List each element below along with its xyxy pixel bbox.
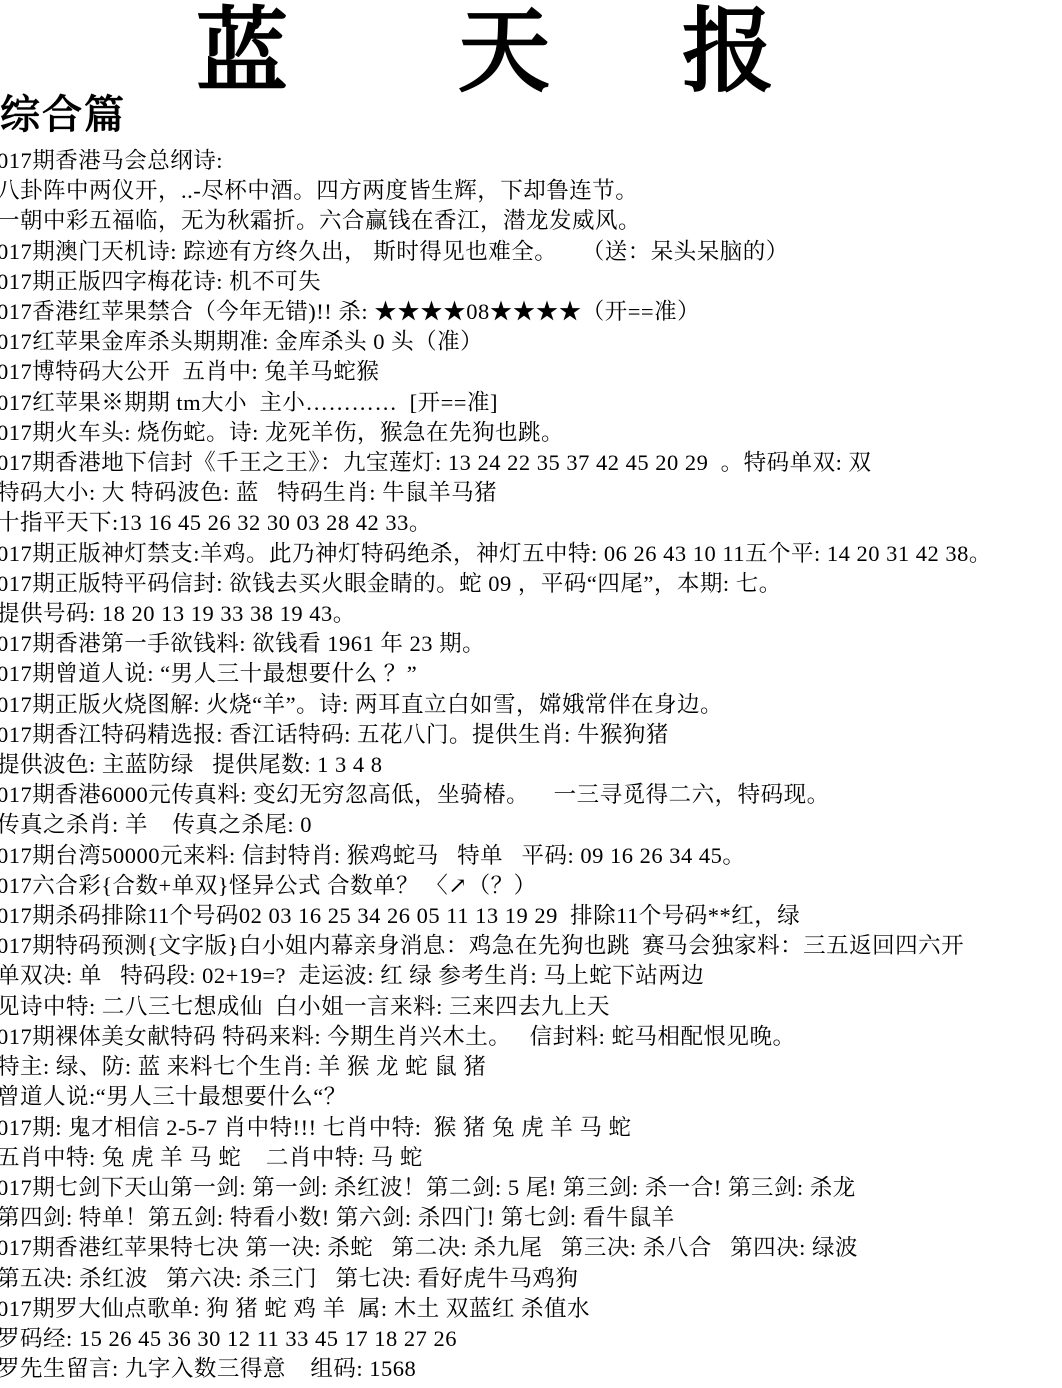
report-line: 017期: 鬼才相信 2-5-7 肖中特!!! 七肖中特: 猴 猪 兔 虎 羊 …	[0, 1113, 1062, 1143]
report-line: 017期香港第一手欲钱料: 欲钱看 1961 年 23 期。	[0, 629, 1062, 659]
report-line: 017期杀码排除11个号码02 03 16 25 34 26 05 11 13 …	[0, 901, 1062, 931]
report-line: 017博特码大公开 五肖中: 兔羊马蛇猴	[0, 357, 1062, 387]
report-line: 提供波色: 主蓝防绿 提供尾数: 1 3 4 8	[0, 750, 1062, 780]
report-line: 017红苹果金库杀头期期准: 金库杀头 0 头（准）	[0, 327, 1062, 357]
title-char-tian: 天	[458, 2, 550, 102]
report-line: 017期火车头: 烧伤蛇。诗: 龙死羊伤，猴急在先狗也跳。	[0, 418, 1062, 448]
report-line: 一朝中彩五福临，无为秋霜折。六合赢钱在香江，潜龙发威风。	[0, 206, 1062, 236]
report-line: 特码大小: 大 特码波色: 蓝 特码生肖: 牛鼠羊马猪	[0, 478, 1062, 508]
report-line: 017期台湾50000元来料: 信封特肖: 猴鸡蛇马 特单 平码: 09 16 …	[0, 841, 1062, 871]
report-line: 017期香港马会总纲诗:	[0, 146, 1062, 176]
report-line: 017期正版神灯禁支:羊鸡。此乃神灯特码绝杀，神灯五中特: 06 26 43 1…	[0, 539, 1062, 569]
report-line: 017期香港红苹果特七决 第一决: 杀蛇 第二决: 杀九尾 第三决: 杀八合 第…	[0, 1233, 1062, 1263]
report-line: 017期曾道人说: “男人三十最想要什么 ？”	[0, 659, 1062, 689]
report-line: 017红苹果※期期 tm大小 主小………… [开==准]	[0, 388, 1062, 418]
report-line: 017期正版特平码信封: 欲钱去买火眼金睛的。蛇 09 ，平码“四尾”，本期: …	[0, 569, 1062, 599]
report-line: 罗码经: 15 26 45 36 30 12 11 33 45 17 18 27…	[0, 1324, 1062, 1354]
report-line: 罗先生留言: 九字入数三得意 组码: 1568	[0, 1354, 1062, 1384]
section-header: 综合篇	[0, 92, 126, 138]
report-line: 提供号码: 18 20 13 19 33 38 19 43。	[0, 599, 1062, 629]
report-line: 曾道人说:“男人三十最想要什么“？	[0, 1082, 1062, 1112]
report-line: 见诗中特: 二八三七想成仙 白小姐一言来料: 三来四去九上天	[0, 992, 1062, 1022]
title-char-lan: 蓝	[196, 2, 288, 102]
report-line: 017期香港地下信封《千王之王》：九宝莲灯: 13 24 22 35 37 42…	[0, 448, 1062, 478]
report-line: 传真之杀肖: 羊 传真之杀尾: 0	[0, 810, 1062, 840]
report-line: 017期澳门天机诗: 踪迹有方终久出， 斯时得见也难全。 （送：呆头呆脑的）	[0, 237, 1062, 267]
report-line: 017期罗大仙点歌单: 狗 猪 蛇 鸡 羊 属: 木土 双蓝红 杀值水	[0, 1294, 1062, 1324]
report-line: 017期七剑下天山第一剑: 第一剑: 杀红波！第二剑: 5 尾! 第三剑: 杀一…	[0, 1173, 1062, 1203]
report-line: 第五决: 杀红波 第六决: 杀三门 第七决: 看好虎牛马鸡狗	[0, 1264, 1062, 1294]
report-line: 017期香江特码精选报: 香江话特码: 五花八门。提供生肖: 牛猴狗猪	[0, 720, 1062, 750]
masthead-title: 蓝 天 报	[0, 0, 1062, 105]
report-line: 特主: 绿、防: 蓝 来料七个生肖: 羊 猴 龙 蛇 鼠 猪	[0, 1052, 1062, 1082]
report-line: 十指平天下:13 16 45 26 32 30 03 28 42 33。	[0, 508, 1062, 538]
report-line: 017期正版火烧图解: 火烧“羊”。诗: 两耳直立白如雪，嫦娥常伴在身边。	[0, 690, 1062, 720]
report-line: 第四剑: 特单！第五剑: 特看小数! 第六剑: 杀四门! 第七剑: 看牛鼠羊	[0, 1203, 1062, 1233]
report-line: 017期特码预测{文字版}白小姐内幕亲身消息：鸡急在先狗也跳 赛马会独家料：三五…	[0, 931, 1062, 961]
report-line: 017期正版四字梅花诗: 机不可失	[0, 267, 1062, 297]
report-line: 017六合彩{合数+单双}怪异公式 合数单？ 〈↗（？）	[0, 871, 1062, 901]
report-line: 单双决: 单 特码段: 02+19=? 走运波: 红 绿 参考生肖: 马上蛇下站…	[0, 961, 1062, 991]
report-line: 八卦阵中两仪开，..-尽杯中酒。四方两度皆生辉，下却鲁连节。	[0, 176, 1062, 206]
report-line: 017期香港6000元传真料: 变幻无穷忽高低，坐骑椿。 一三寻觅得二六，特码现…	[0, 780, 1062, 810]
title-char-bao: 报	[682, 2, 774, 102]
report-line: 017期裸体美女献特码 特码来料: 今期生肖兴木土。 信封料: 蛇马相配恨见晚。	[0, 1022, 1062, 1052]
blue-sky-report-page: { "title": { "full": "蓝天报", "chars": ["蓝…	[0, 0, 1062, 1388]
report-line: 五肖中特: 兔 虎 羊 马 蛇 二肖中特: 马 蛇	[0, 1143, 1062, 1173]
report-line: 017香港红苹果禁合（今年无错)!! 杀: ★★★★08★★★★（开==准）	[0, 297, 1062, 327]
report-body: 017期香港马会总纲诗: 八卦阵中两仪开，..-尽杯中酒。四方两度皆生辉，下却鲁…	[0, 146, 1062, 1384]
